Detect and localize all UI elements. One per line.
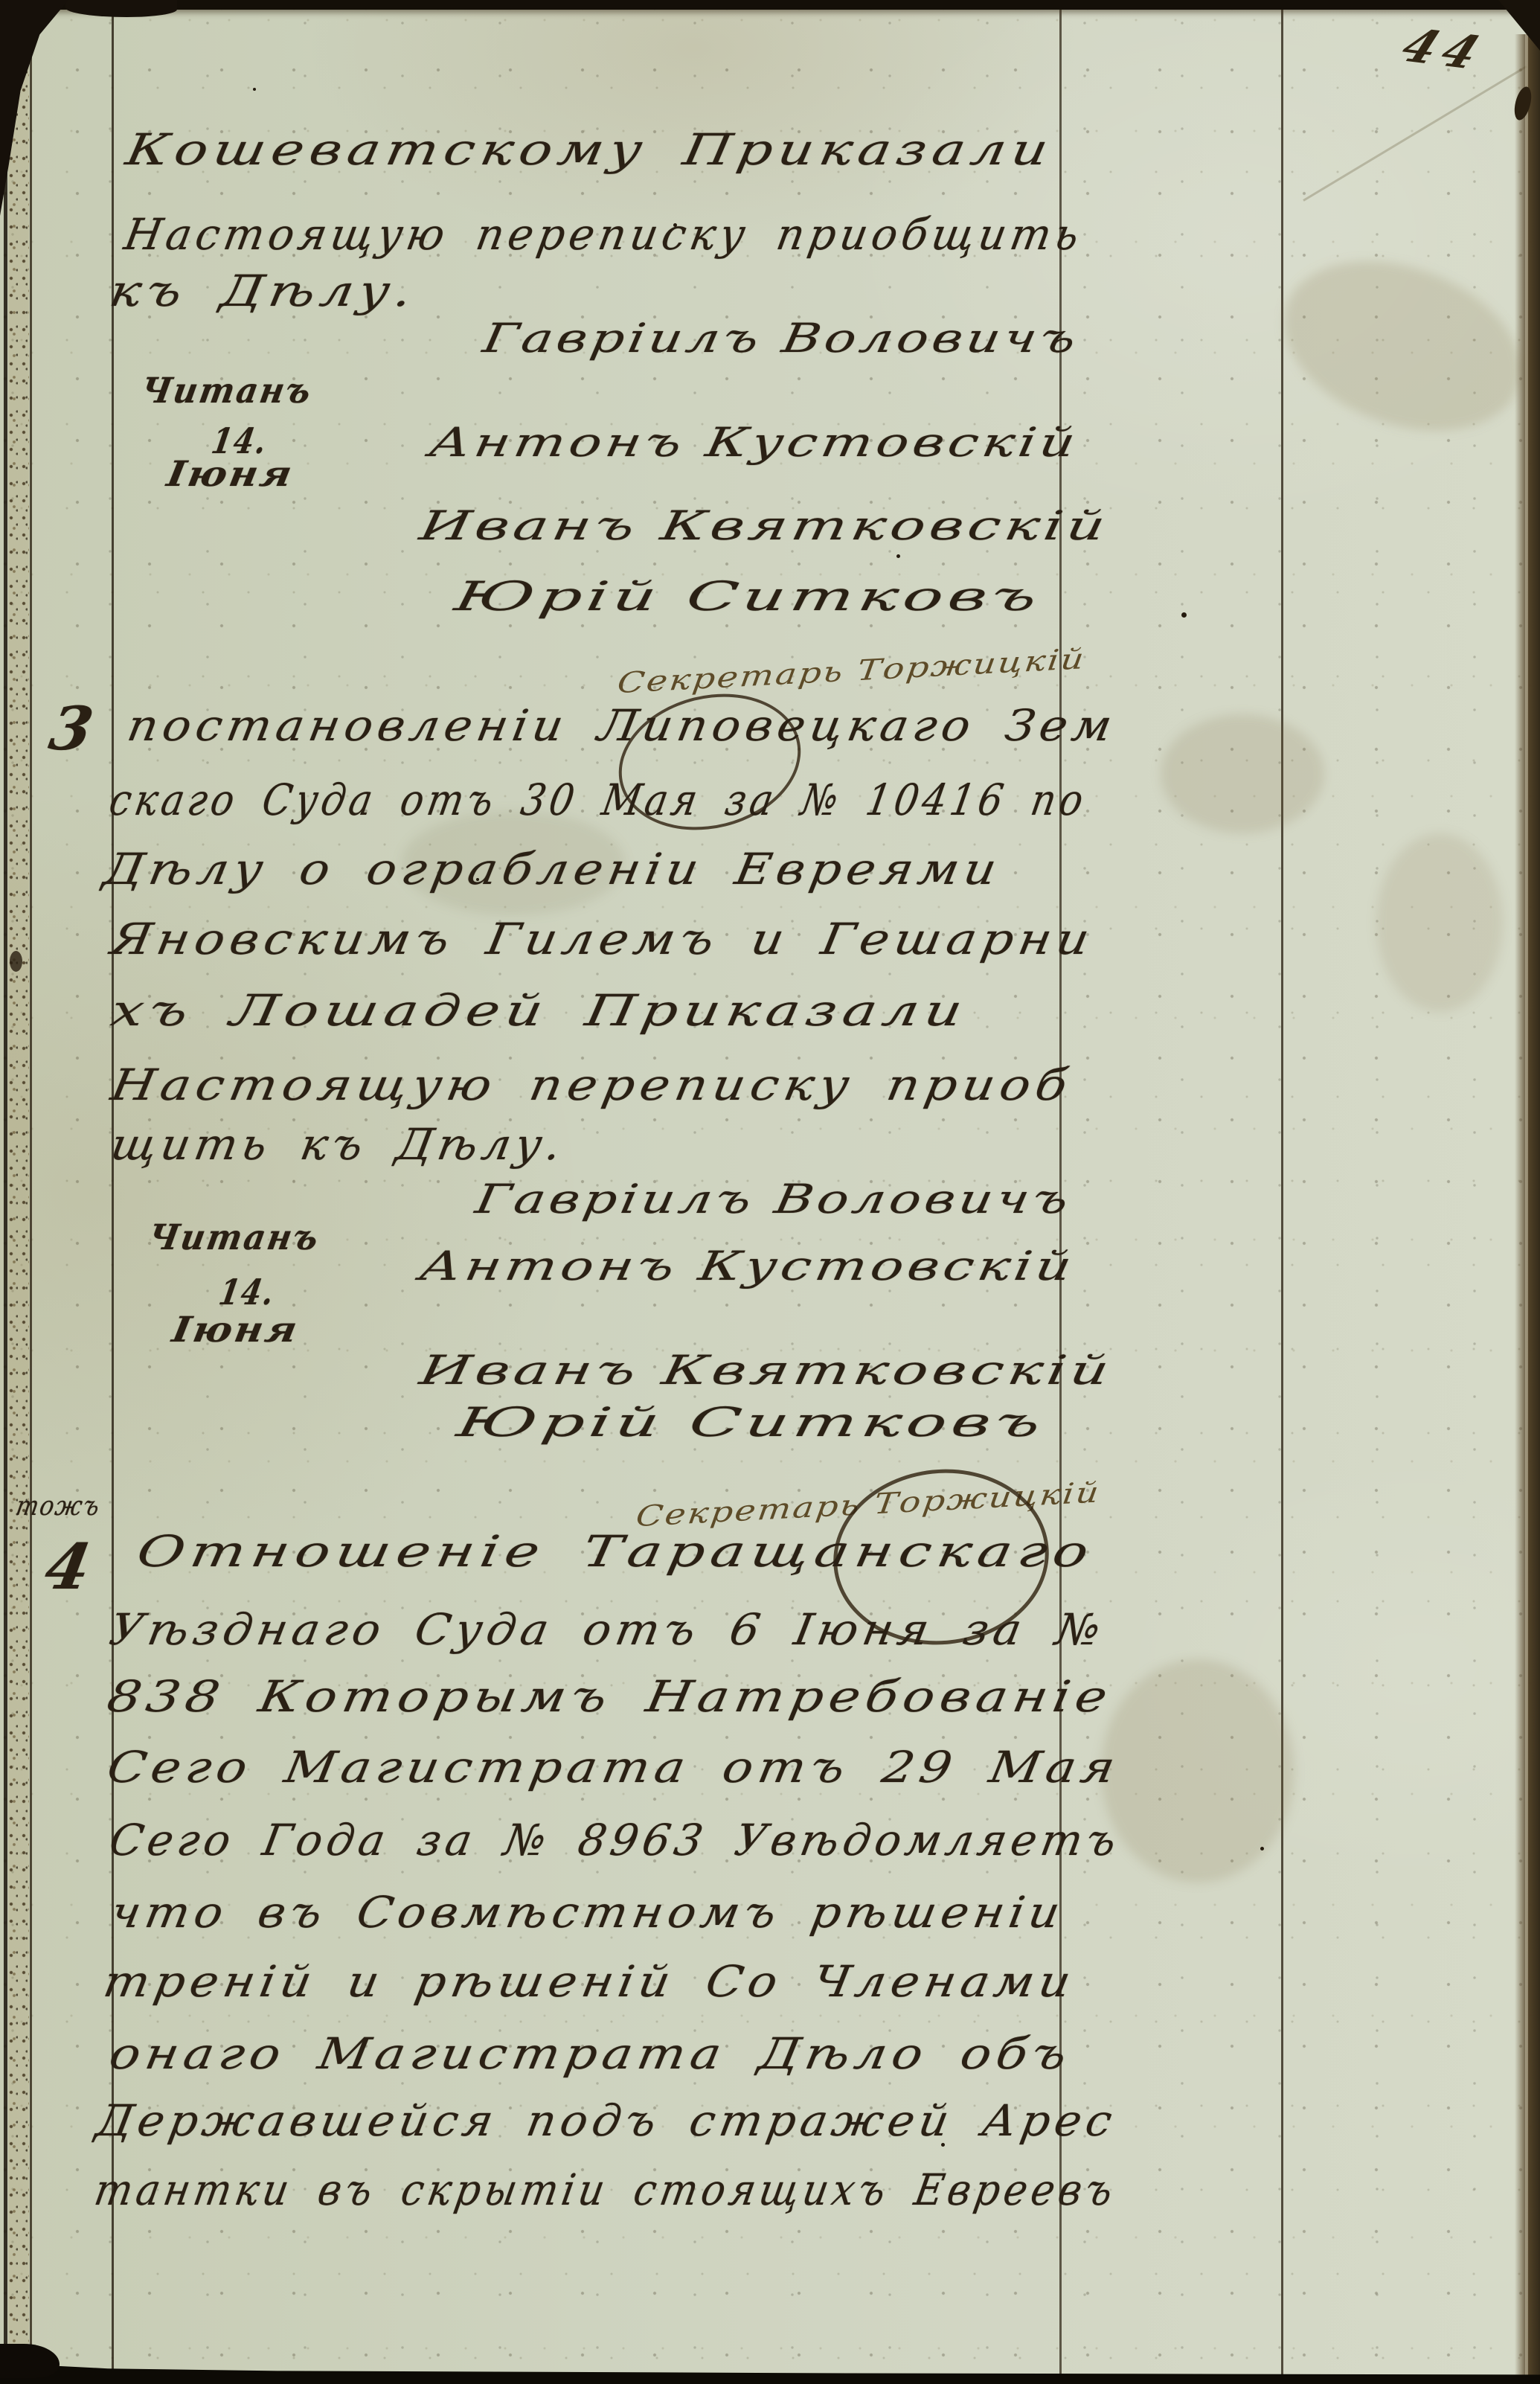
entry-4-body-line: Державшейся подъ стражей Арес (92, 2098, 1120, 2145)
entry-4-body-line: Сего Года за № 8963 Увѣдомляетъ (106, 1817, 1124, 1865)
top-edge (0, 0, 1540, 10)
entry-4-body-line: Отношеніе Таращанскаго (133, 1528, 1098, 1576)
left-page-edge-line (4, 0, 7, 2384)
signature: Антонъ Кустовскій (426, 420, 1082, 464)
ruled-line-left-margin (30, 0, 32, 2384)
manuscript-page: 44 Кошеватскому Приказали Настоящую пере… (0, 0, 1540, 2384)
entry-3-body-line: щить къ Дѣлу. (107, 1121, 569, 1169)
bleed-smudge (1376, 833, 1503, 1012)
ruled-line-far-right (1281, 0, 1283, 2384)
ink-speck (1181, 612, 1187, 618)
bleed-smudge (1101, 1659, 1294, 1882)
ink-speck (253, 88, 256, 91)
ink-speck (1260, 1847, 1264, 1851)
entry-cont-body-line: Настоящую переписку приобщить (121, 211, 1087, 259)
entry-3-body-line: Настоящую переписку приоб (107, 1062, 1076, 1109)
signature: Гавріилъ Воловичъ (480, 316, 1083, 360)
signature: Юрій Ситковъ (454, 1400, 1049, 1444)
ink-speck (896, 554, 900, 558)
entry-4-body-line: онаго Магистрата Дѣло объ (106, 2031, 1075, 2078)
entry-4-body-line: 838 Которымъ Натребованіе (103, 1673, 1116, 1721)
signature: Иванъ Квятковскій (417, 1348, 1117, 1392)
margin-note-same: тожъ (14, 1492, 103, 1522)
entry-4-body-line: Уѣзднаго Суда отъ 6 Іюня за № (106, 1606, 1109, 1654)
binding-strip (8, 0, 29, 2384)
entry-4-body-line: Сего Магистрата отъ 29 Мая (103, 1744, 1123, 1792)
margin-note-month: Іюня (164, 455, 297, 494)
entry-3-body-line: скаго Суда отъ 30 Мая за № 10416 по (106, 777, 1091, 824)
entry-4-body-line: треній и рѣшеній Со Членами (100, 1958, 1079, 2006)
signature: Гавріилъ Воловичъ (472, 1177, 1076, 1221)
right-page-edge (1515, 34, 1540, 2384)
entry-3-body-line: хъ Лошадей Приказали (107, 987, 972, 1035)
margin-note-read: Читанъ (145, 1219, 323, 1257)
entry-4-body-line: тантки въ скрытіи стоящихъ Евреевъ (91, 2167, 1120, 2214)
ruled-line-number-column (112, 0, 114, 2384)
signature: Юрій Ситковъ (452, 574, 1045, 618)
entry-cont-body-line: Кошеватскому Приказали (122, 126, 1057, 174)
signature: Антонъ Кустовскій (417, 1244, 1079, 1288)
margin-note-read: Читанъ (138, 372, 315, 411)
margin-note-month: Іюня (169, 1311, 302, 1350)
entry-4-body-line: что въ Совмѣстномъ рѣшеніи (107, 1889, 1068, 1937)
entry-3-body-line: Яновскимъ Гилемъ и Гешарни (107, 916, 1098, 964)
margin-note-day: 14. (216, 1274, 278, 1313)
entry-3-body-line: Дѣлу о ограбленіи Евреями (100, 846, 1005, 894)
bleed-smudge (1161, 714, 1324, 833)
edge-stain (10, 951, 22, 972)
entry-cont-body-line: къ Дѣлу. (106, 268, 420, 315)
signature: Иванъ Квятковскій (417, 504, 1113, 548)
entry-3-body-line: постановленіи Липовецкаго Зем (123, 702, 1120, 750)
